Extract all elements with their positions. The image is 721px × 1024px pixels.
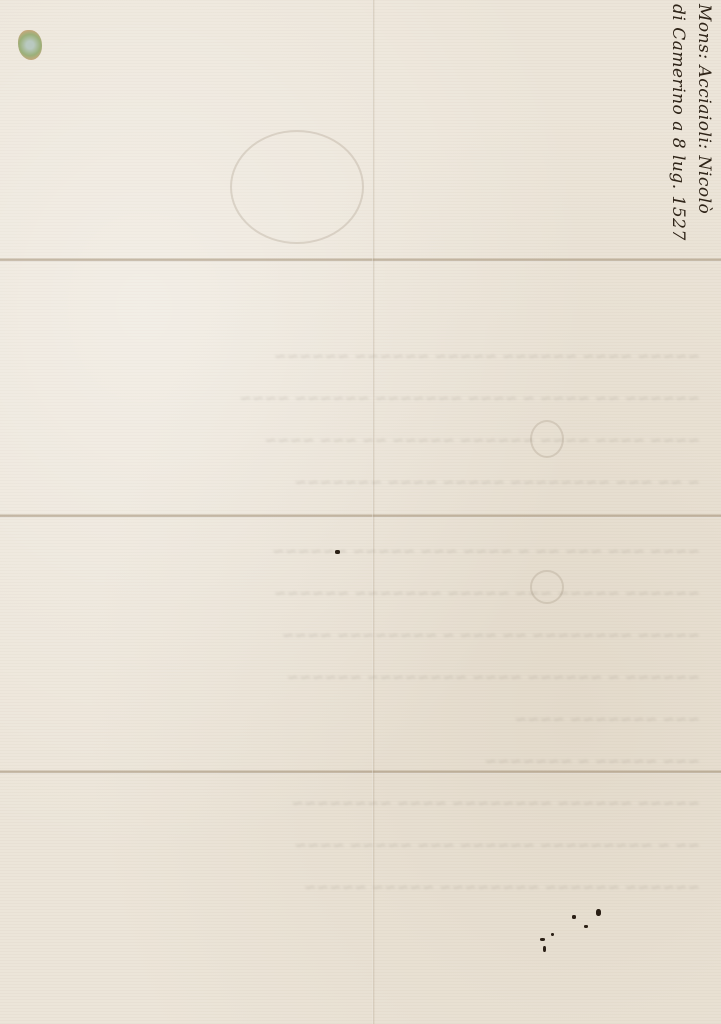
ink-speck bbox=[596, 909, 601, 916]
endorsement-line-2: di Camerino a 8 lug. 1527 bbox=[665, 4, 691, 241]
ink-speck bbox=[335, 550, 340, 554]
bleed-through-text-lower: ~~~ ~~~~~ ~ ~~~~~~~ ~~~~~ ~~~~~~ ~~~~~~~… bbox=[20, 740, 700, 908]
manuscript-page: ~~~~~ ~~~~ ~~~~~~ ~~~~~ ~~~~~~ ~~~~~~ ~~… bbox=[0, 0, 721, 1024]
endorsement-line-1: Mons: Acciaioli: Nicolò bbox=[691, 4, 717, 241]
ink-speck bbox=[584, 925, 588, 928]
ink-speck bbox=[572, 915, 576, 919]
seal-impression bbox=[230, 130, 364, 244]
endorsement-year: 1527 bbox=[668, 196, 688, 241]
bleed-through-text-upper: ~~~~~ ~~~~ ~~~~~~ ~~~~~ ~~~~~~ ~~~~~~ ~~… bbox=[20, 335, 700, 503]
paper-hole bbox=[18, 30, 42, 60]
ink-speck bbox=[543, 946, 546, 952]
bleed-through-text-middle: ~~~~ ~~~ ~~~ ~~ ~ ~~~~ ~~~ ~~~~~ ~~~~~~ … bbox=[20, 530, 700, 740]
ink-speck bbox=[540, 938, 545, 941]
ink-speck bbox=[551, 933, 554, 936]
archival-endorsement: Mons: Acciaioli: Nicolò di Camerino a 8 … bbox=[665, 4, 717, 241]
fold-line-horizontal bbox=[0, 514, 721, 518]
fold-line-horizontal bbox=[0, 258, 721, 262]
